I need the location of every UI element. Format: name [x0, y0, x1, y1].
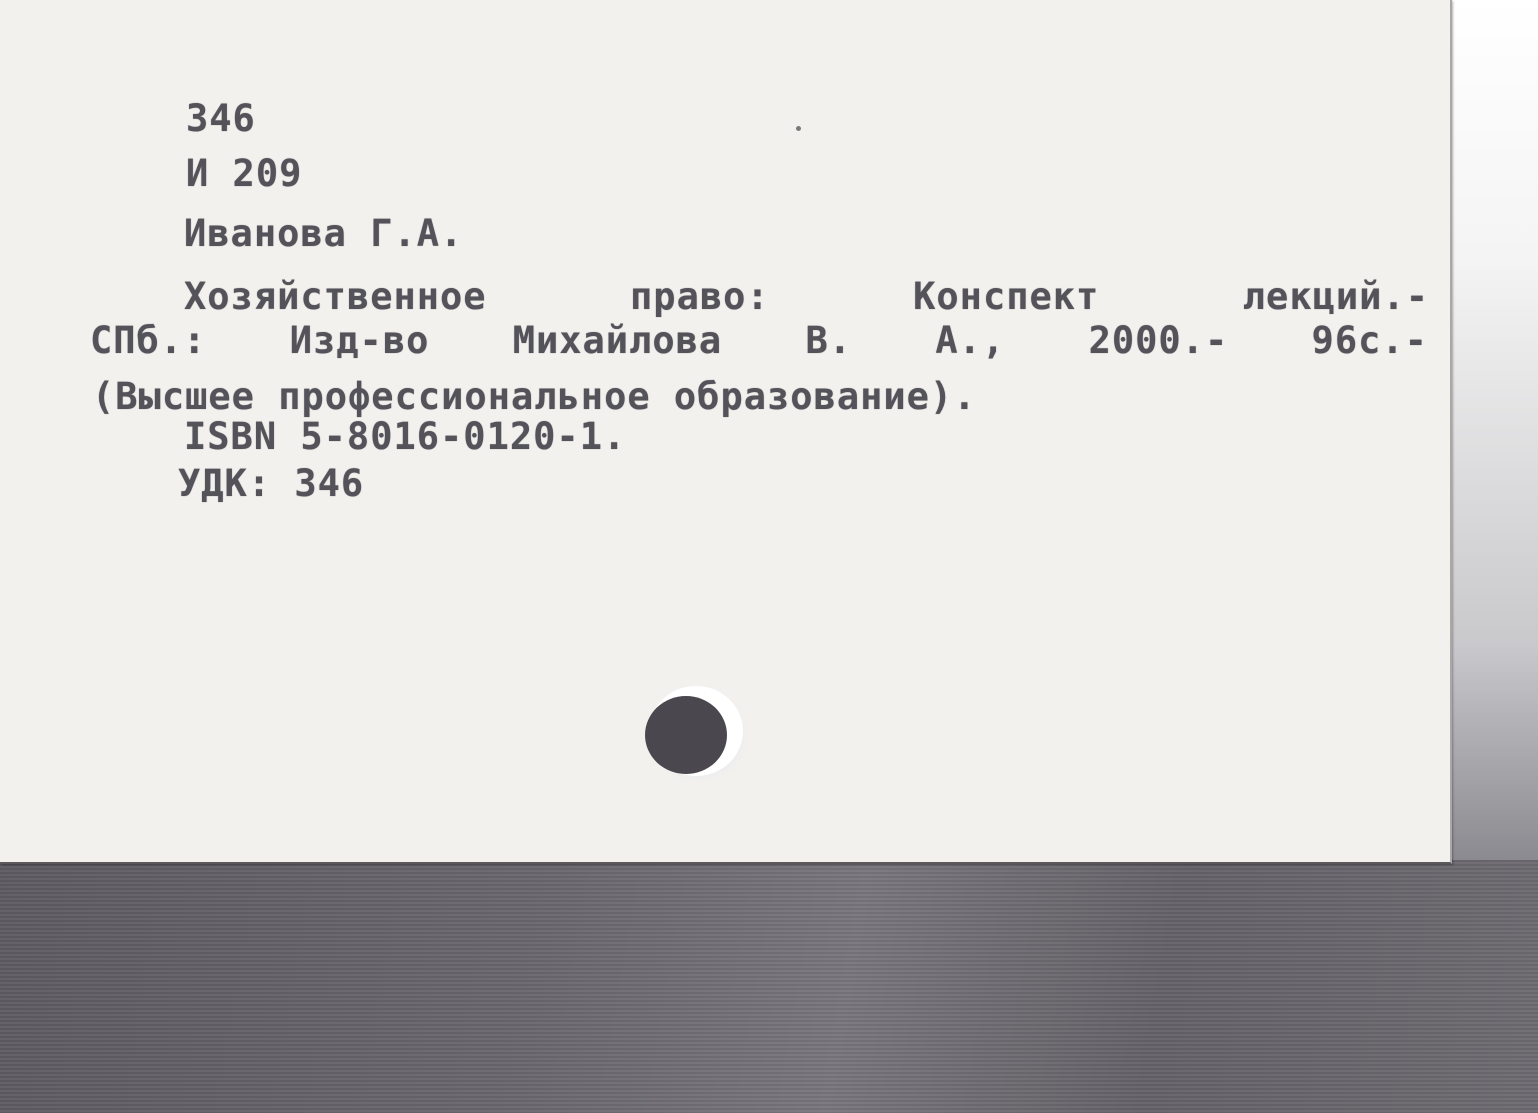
isbn: ISBN 5-8016-0120-1.: [184, 418, 626, 455]
publication-line: СПб.: Изд-во Михайлова В. А., 2000.- 96с…: [90, 322, 1428, 359]
pub-word: Михайлова: [513, 322, 722, 359]
title-word: Хозяйственное: [184, 278, 487, 315]
pub-word: Изд-во: [290, 322, 430, 359]
scanner-lid-surface: [0, 860, 1538, 1113]
pub-word: А.,: [935, 322, 1005, 359]
pub-word: СПб.:: [90, 322, 206, 359]
cutter-number: И 209: [186, 155, 302, 192]
pub-word: 96с.-: [1312, 322, 1428, 359]
series: (Высшее профессиональное образование).: [92, 378, 976, 415]
scanner-edge-strip: [1448, 0, 1538, 860]
author: Иванова Г.А.: [184, 215, 463, 252]
pub-word: В.: [806, 322, 853, 359]
udk: УДК: 346: [178, 465, 364, 502]
pub-word: 2000.-: [1089, 322, 1229, 359]
classification-number: 346: [186, 100, 256, 137]
title-line: Хозяйственное право: Конспект лекций.-: [184, 278, 1429, 315]
title-word: лекций.-: [1243, 278, 1429, 315]
title-word: Конспект: [913, 278, 1099, 315]
punch-hole: [645, 696, 727, 774]
ink-speck: [796, 126, 801, 131]
title-word: право:: [630, 278, 770, 315]
catalog-card: 346 И 209 Иванова Г.А. Хозяйственное пра…: [0, 0, 1452, 864]
